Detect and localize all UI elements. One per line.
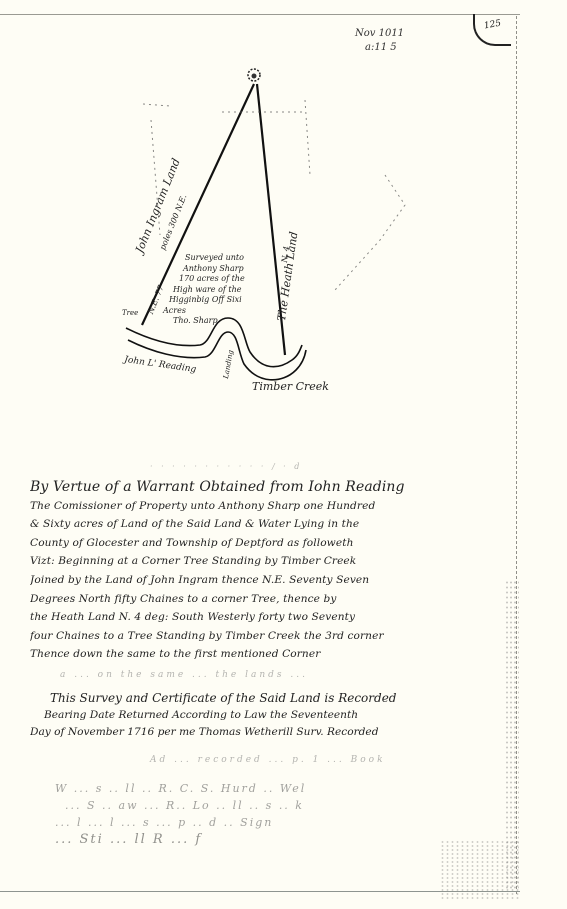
warrant-line: Joined by the Land of John Ingram thence…: [30, 571, 508, 590]
warrant-line: Vizt: Beginning at a Corner Tree Standin…: [30, 552, 508, 571]
interior-line: Acres: [163, 306, 245, 317]
certificate-line: Day of November 1716 per me Thomas Wethe…: [30, 724, 510, 741]
plat-interior-text: Surveyed unto Anthony Sharp 170 acres of…: [163, 253, 245, 327]
faded-line: ... S .. aw ... R.. Lo .. ll .. s .. k: [55, 797, 385, 814]
interior-line: Tho. Sharp: [163, 316, 245, 327]
faded-line: ... l ... l ... s ... p .. d .. Sign: [55, 814, 385, 831]
interior-line: High ware of the: [163, 285, 245, 296]
survey-plat-drawing: [0, 0, 567, 909]
warrant-line: Degrees North fifty Chaines to a corner …: [30, 590, 508, 609]
warrant-text: By Vertue of a Warrant Obtained from Ioh…: [30, 478, 508, 664]
interior-line: 170 acres of the: [163, 274, 245, 285]
survey-marker-icon: [248, 69, 260, 81]
faint-recording-note: Ad ... recorded ... p. 1 ... Book: [150, 755, 386, 765]
creek-label: Timber Creek: [252, 380, 329, 393]
certificate-line: Bearing Date Returned According to Law t…: [30, 707, 510, 724]
interior-line: Higginbig Off Sixi: [163, 295, 245, 306]
certificate-line: This Survey and Certificate of the Said …: [30, 690, 510, 707]
faint-header-text: · · · · · · · · · · · / · d: [150, 462, 302, 471]
corner-tree-label: Tree: [122, 309, 138, 317]
certificate-text: This Survey and Certificate of the Said …: [30, 690, 510, 741]
faint-interline-text: a ... on the same ... the lands ...: [60, 670, 308, 680]
faded-line: W ... s .. ll .. R. C. S. Hurd .. Wel: [55, 780, 385, 797]
warrant-line: The Comissioner of Property unto Anthony…: [30, 497, 508, 516]
document-page: Nov 1011 a:11 5 125 John Ingram Land pol…: [0, 0, 567, 909]
warrant-line: By Vertue of a Warrant Obtained from Ioh…: [30, 478, 508, 497]
faded-endorsement: W ... s .. ll .. R. C. S. Hurd .. Wel ..…: [55, 780, 385, 848]
warrant-line: the Heath Land N. 4 deg: South Westerly …: [30, 608, 508, 627]
warrant-line: County of Glocester and Township of Dept…: [30, 534, 508, 553]
warrant-line: four Chaines to a Tree Standing by Timbe…: [30, 627, 508, 646]
warrant-line: Thence down the same to the first mentio…: [30, 645, 508, 664]
interior-line: Anthony Sharp: [163, 264, 245, 275]
warrant-line: & Sixty acres of Land of the Said Land &…: [30, 515, 508, 534]
interior-line: Surveyed unto: [163, 253, 245, 264]
faded-line: ... Sti ... ll R ... f: [55, 831, 385, 848]
